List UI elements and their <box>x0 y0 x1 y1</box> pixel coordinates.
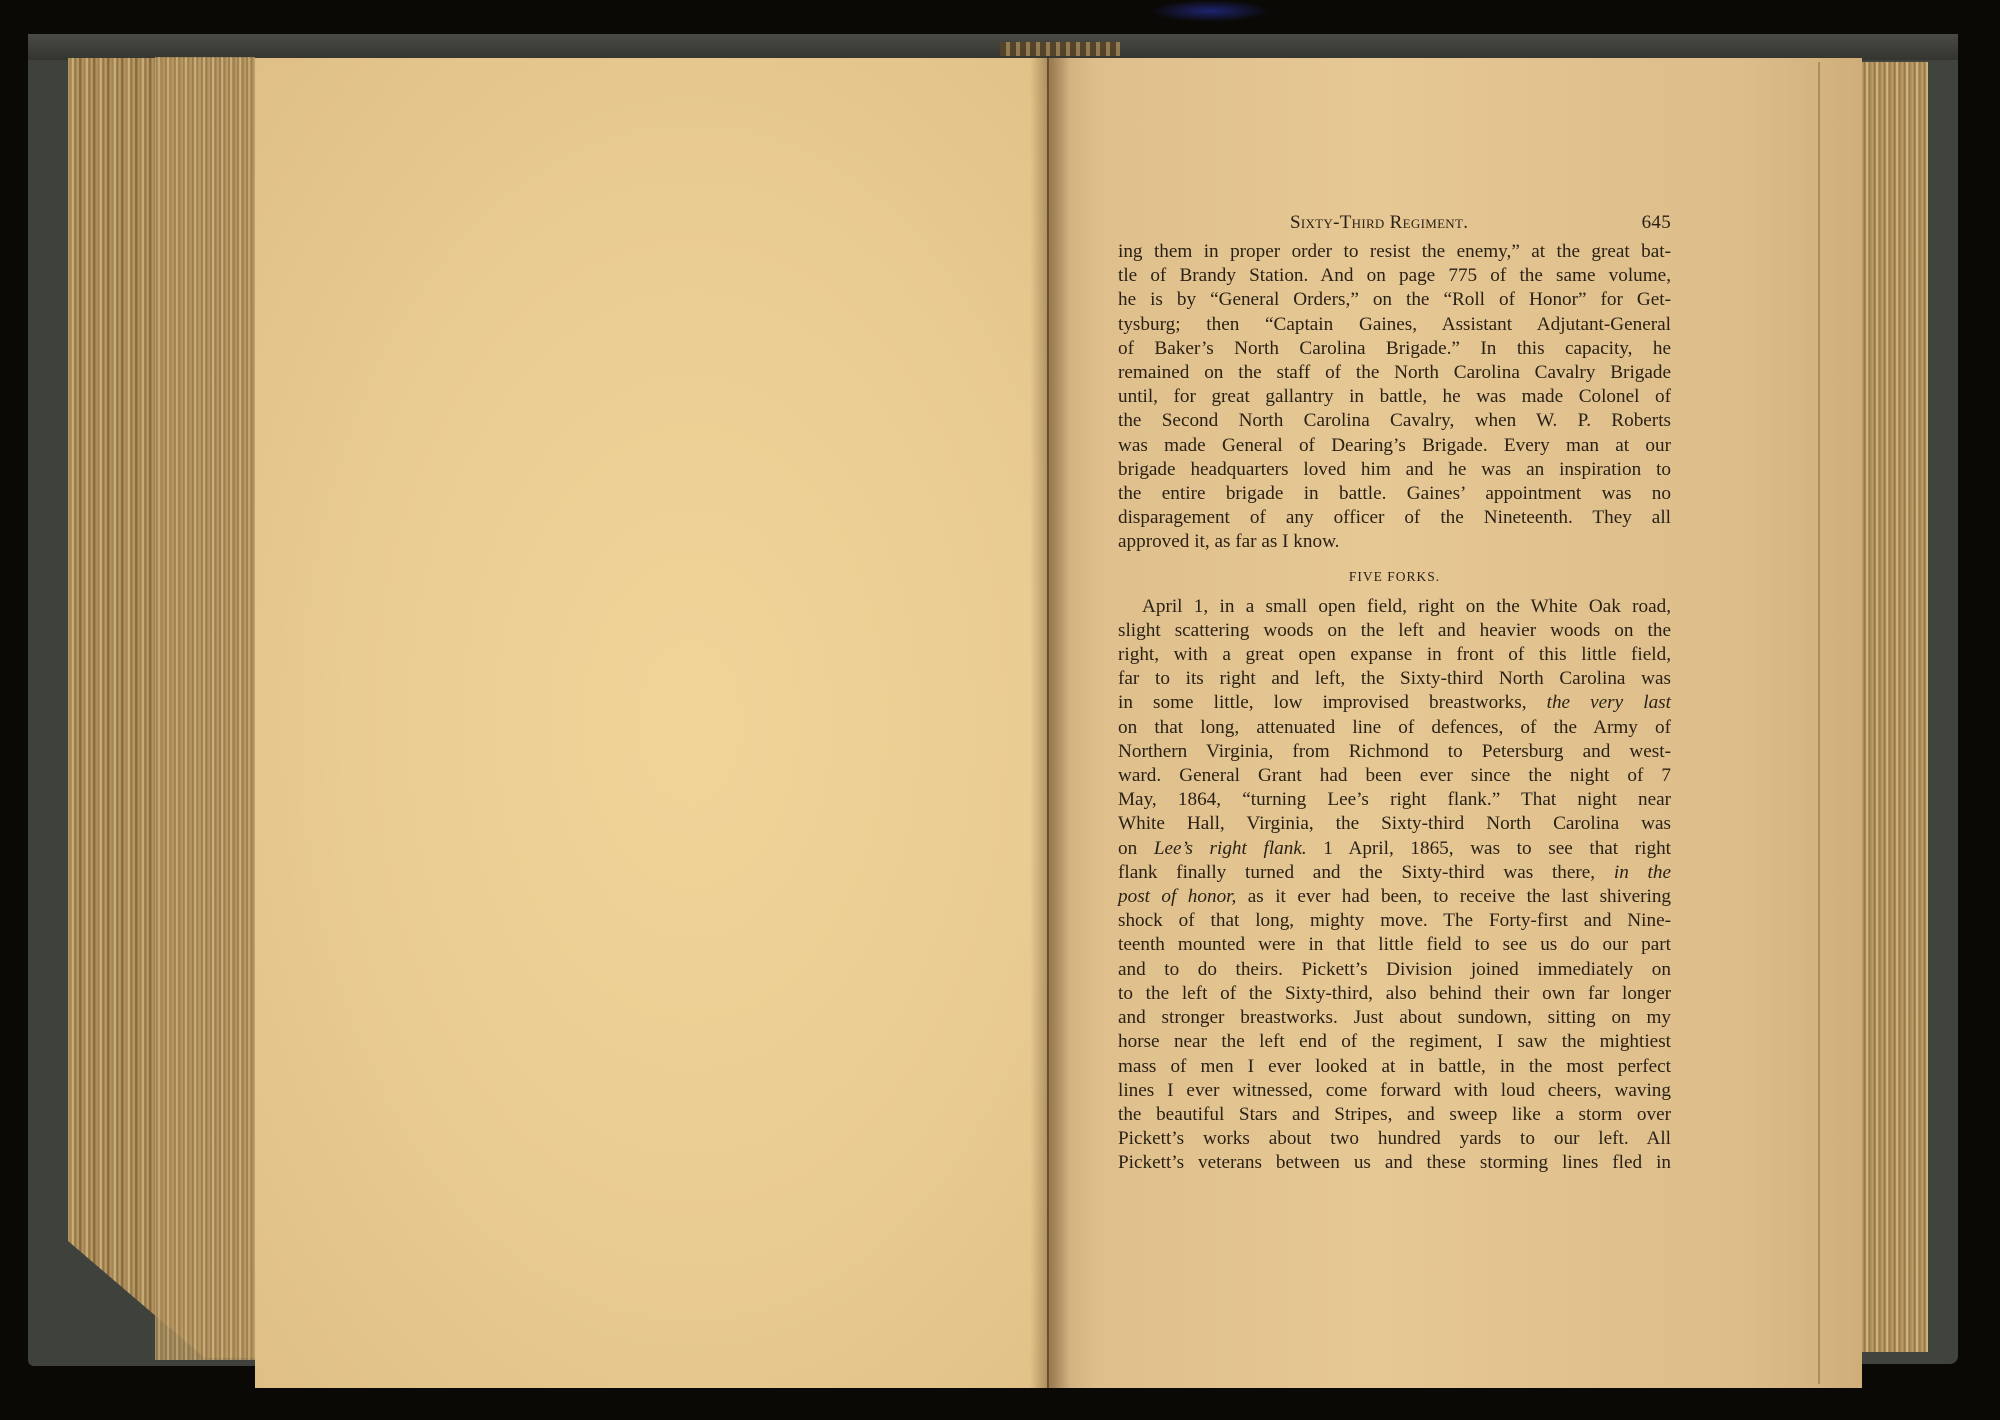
text-line: on that long, attenuated line of defence… <box>1118 716 1671 740</box>
text-line: Northern Virginia, from Richmond to Pete… <box>1118 740 1671 764</box>
text-line: the Second North Carolina Cavalry, when … <box>1118 409 1671 433</box>
italic-run: the very last <box>1547 692 1671 713</box>
cover-top-edge <box>28 34 1958 60</box>
text-run: in some little, low improvised breastwor… <box>1118 692 1547 713</box>
page-stack-left-inner <box>155 57 255 1360</box>
text-line: Pickett’s veterans between us and these … <box>1118 1151 1671 1175</box>
text-line: flank finally turned and the Sixty-third… <box>1118 861 1671 885</box>
text-line: shock of that long, mighty move. The For… <box>1118 909 1671 933</box>
text-line: mass of men I ever looked at in battle, … <box>1118 1055 1671 1079</box>
text-line: far to its right and left, the Sixty-thi… <box>1118 667 1671 691</box>
text-line: horse near the left end of the regiment,… <box>1118 1030 1671 1054</box>
text-line: teenth mounted were in that little field… <box>1118 933 1671 957</box>
text-line: tle of Brandy Station. And on page 775 o… <box>1118 264 1671 288</box>
headband <box>1000 42 1120 56</box>
text-run: on <box>1118 838 1154 859</box>
paragraph-1: ing them in proper order to resist the e… <box>1118 240 1671 555</box>
text-line: slight scattering woods on the left and … <box>1118 619 1671 643</box>
text-line: ward. General Grant had been ever since … <box>1118 764 1671 788</box>
text-line: lines I ever witnessed, come forward wit… <box>1118 1079 1671 1103</box>
text-line: until, for great gallantry in battle, he… <box>1118 385 1671 409</box>
text-line: the beautiful Stars and Stripes, and swe… <box>1118 1103 1671 1127</box>
text-line: May, 1864, “turning Lee’s right flank.” … <box>1118 788 1671 812</box>
paragraph-2: April 1, in a small open field, right on… <box>1118 595 1671 1176</box>
text-line: the entire brigade in battle. Gaines’ ap… <box>1118 482 1671 506</box>
text-line: and to do theirs. Pickett’s Division joi… <box>1118 958 1671 982</box>
text-line: remained on the staff of the North Carol… <box>1118 361 1671 385</box>
running-head: Sixty-Third Regiment. 645 <box>1118 212 1671 240</box>
text-line: tysburg; then “Captain Gaines, Assistant… <box>1118 313 1671 337</box>
background-label <box>1150 0 1270 22</box>
text-run: 1 April, 1865, was to see that right <box>1307 838 1671 859</box>
text-line: disparagement of any officer of the Nine… <box>1118 506 1671 530</box>
running-head-title: Sixty-Third Regiment. <box>1290 212 1468 234</box>
text-line: in some little, low improvised breastwor… <box>1118 691 1671 715</box>
section-heading: FIVE FORKS. <box>1118 569 1671 585</box>
text-run: as it ever had been, to receive the last… <box>1236 886 1671 907</box>
text-line: April 1, in a small open field, right on… <box>1118 595 1671 619</box>
right-page-text: Sixty-Third Regiment. 645 ing them in pr… <box>1118 212 1671 1176</box>
italic-run: post of honor, <box>1118 886 1236 907</box>
text-line: right, with a great open expanse in fron… <box>1118 643 1671 667</box>
text-line: was made General of Dearing’s Brigade. E… <box>1118 434 1671 458</box>
text-line: post of honor, as it ever had been, to r… <box>1118 885 1671 909</box>
text-line: he is by “General Orders,” on the “Roll … <box>1118 288 1671 312</box>
page-stack-right <box>1862 62 1928 1352</box>
text-line: Pickett’s works about two hundred yards … <box>1118 1127 1671 1151</box>
page-number: 645 <box>1642 212 1671 234</box>
gutter <box>1030 58 1070 1388</box>
page-edge-line <box>1818 62 1820 1384</box>
italic-run: in the <box>1614 862 1671 883</box>
text-line: ing them in proper order to resist the e… <box>1118 240 1671 264</box>
left-page-blank <box>255 58 1049 1388</box>
text-line: on Lee’s right flank. 1 April, 1865, was… <box>1118 837 1671 861</box>
text-line: White Hall, Virginia, the Sixty-third No… <box>1118 812 1671 836</box>
italic-run: Lee’s right flank. <box>1154 838 1307 859</box>
text-line: and stronger breastworks. Just about sun… <box>1118 1006 1671 1030</box>
text-line: brigade headquarters loved him and he wa… <box>1118 458 1671 482</box>
text-line: of Baker’s North Carolina Brigade.” In t… <box>1118 337 1671 361</box>
book-scan: Sixty-Third Regiment. 645 ing them in pr… <box>0 0 2000 1420</box>
text-run: flank finally turned and the Sixty-third… <box>1118 862 1614 883</box>
text-line: to the left of the Sixty-third, also beh… <box>1118 982 1671 1006</box>
text-line: approved it, as far as I know. <box>1118 530 1671 554</box>
